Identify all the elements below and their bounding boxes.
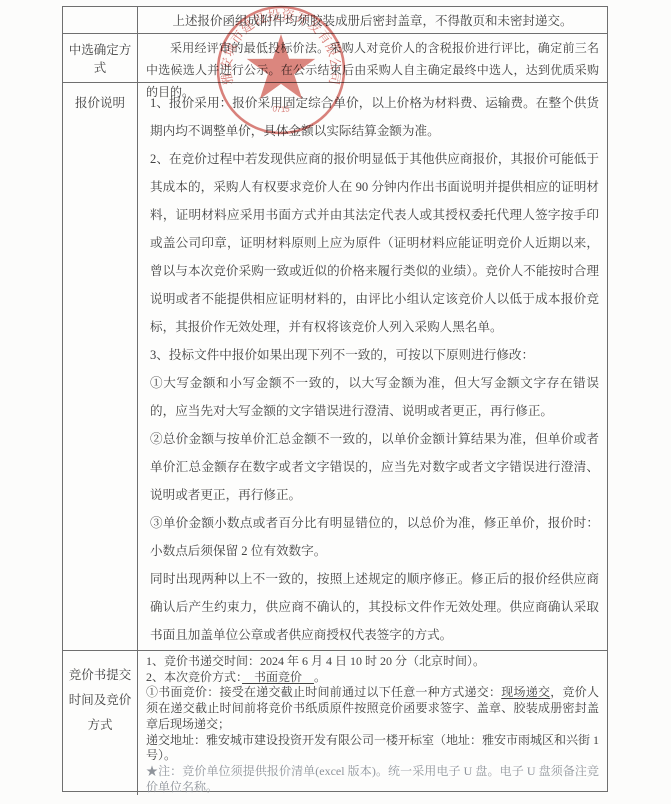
table-row-quote-description: 报价说明 1、报价采用：报价采用固定综合单价，以上价格为材料费、运输费。在整个供…	[63, 83, 607, 651]
row-label-empty	[63, 7, 138, 33]
quote-paragraph: 同时出现两种以上不一致的，按照上述规定的顺序修正。修正后的报价经供应商确认后产生…	[150, 565, 599, 649]
quote-paragraph: 1、报价采用：报价采用固定综合单价，以上价格为材料费、运输费。在整个供货期内均不…	[150, 89, 599, 145]
table-row-seal-note: 上述报价函组成附件均须胶装成册后密封盖章，不得散页和未密封递交。	[63, 7, 607, 34]
table-row-submission: 竞价书提交时间及竞价方式 1、竞价书递交时间：2024 年 6 月 4 日 10…	[63, 651, 607, 795]
submission-note: ★注：竞价单位须提供报价清单(excel 版本)。统一采用电子 U 盘。电子 U…	[146, 764, 599, 795]
quote-paragraph: ②总价金额与按单价汇总金额不一致的，以单价金额计算结果为准，但单价或者单价汇总金…	[150, 425, 599, 509]
submission-label-text: 竞价书提交时间及竞价方式	[63, 663, 137, 738]
submission-line-method: 2、本次竞价方式： 书面竞价 。	[146, 670, 599, 686]
seal-note-text: 上述报价函组成附件均须胶装成册后密封盖章，不得散页和未密封递交。	[138, 7, 607, 33]
submission-label: 竞价书提交时间及竞价方式	[63, 651, 138, 795]
submission-line-written-bid: ①书面竞价：接受在递交截止时间前通过以下任意一种方式递交：现场递交，竞价人须在递…	[146, 685, 599, 732]
quote-paragraph: ③单价金额小数点或者百分比有明显错位的，以总价为准，修正单价，报价时：小数点后须…	[150, 509, 599, 565]
quote-paragraph: 2、在竞价过程中若发现供应商的报价明显低于其他供应商报价，其报价可能低于其成本的…	[150, 145, 599, 341]
table-row-selection-method: 中选确定方式 采用经评审的最低投标价法。采购人对竞价人的含税报价进行评比，确定前…	[63, 34, 607, 83]
quote-description-label: 报价说明	[63, 83, 138, 650]
selection-method-label: 中选确定方式	[63, 34, 138, 82]
quote-paragraph: ①大写金额和小写金额不一致的，以大写金额为准，但大写金额文字存在错误的，应当先对…	[150, 369, 599, 425]
submission-line-time: 1、竞价书递交时间：2024 年 6 月 4 日 10 时 20 分（北京时间）…	[146, 654, 599, 670]
bidding-document-table: 上述报价函组成附件均须胶装成册后密封盖章，不得散页和未密封递交。 中选确定方式 …	[62, 6, 608, 792]
quote-paragraph: 3、投标文件中报价如果出现下列不一致的，可按以下原则进行修改：	[150, 341, 599, 369]
submission-content: 1、竞价书递交时间：2024 年 6 月 4 日 10 时 20 分（北京时间）…	[138, 651, 607, 795]
written-bid-prefix: ①书面竞价：接受在递交截止时间前通过以下任意一种方式递交：	[146, 685, 501, 699]
selection-method-content: 采用经评审的最低投标价法。采购人对竞价人的含税报价进行评比，确定前三名中选候选人…	[138, 34, 607, 82]
method-underlined-value: 书面竞价	[242, 670, 314, 684]
onsite-delivery-underlined: 现场递交	[501, 685, 550, 699]
quote-description-content: 1、报价采用：报价采用固定综合单价，以上价格为材料费、运输费。在整个供货期内均不…	[138, 83, 607, 650]
method-suffix: 。	[314, 670, 326, 684]
method-prefix: 2、本次竞价方式：	[146, 670, 242, 684]
submission-line-address: 递交地址：雅安城市建设投资开发有限公司一楼开标室（地址：雅安市雨城区和兴街 1 …	[146, 733, 599, 764]
